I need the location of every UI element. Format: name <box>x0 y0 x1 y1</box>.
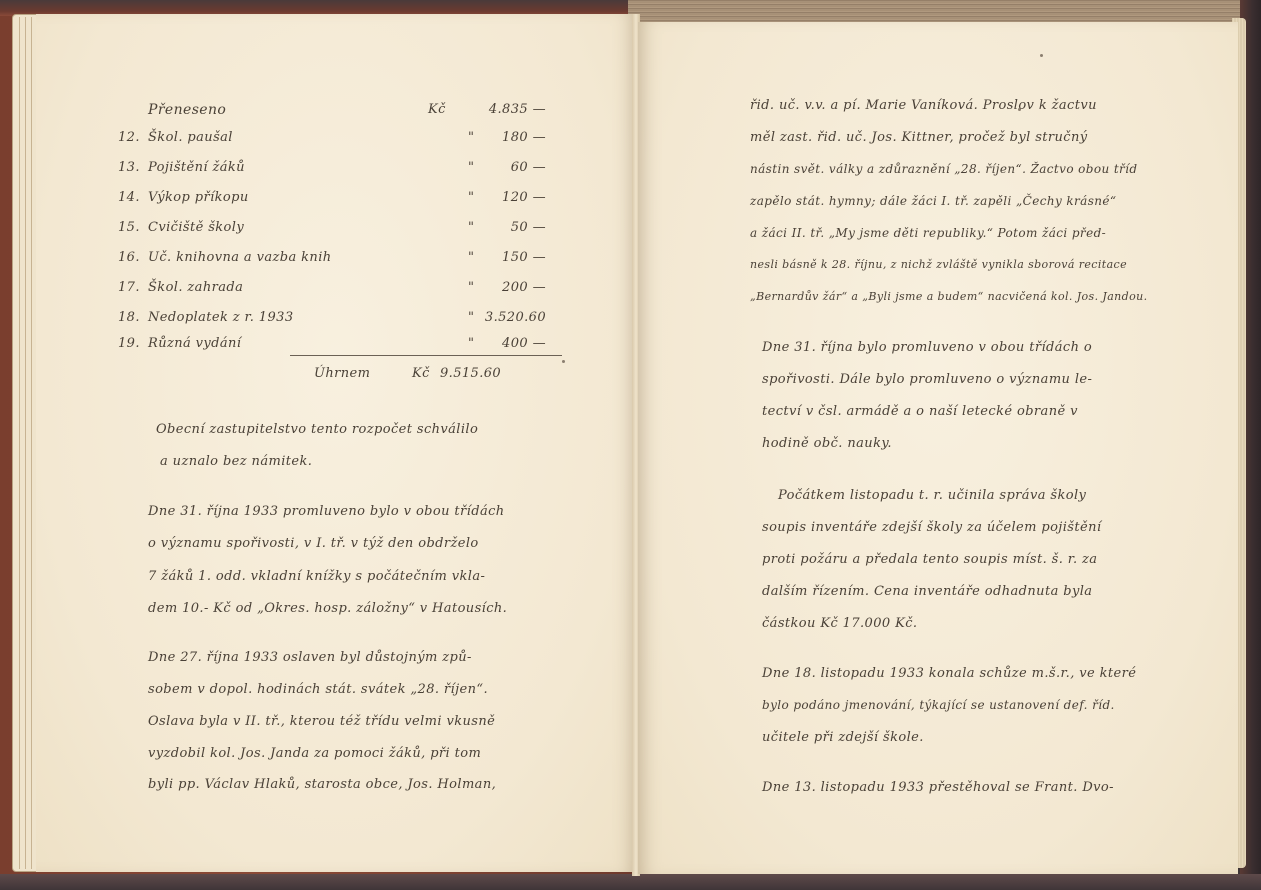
ledger-row-number: 18. <box>118 310 140 325</box>
ledger-row: 16. Uč. knihovna a vazba knih " 150 — <box>36 250 636 274</box>
left-page: Přeneseno Kč 4.835 — 12. Škol. paušal " … <box>36 14 636 872</box>
ledger-row-amount: 400 — <box>476 336 546 351</box>
ledger-row-ditto: " <box>468 250 474 265</box>
right-page-block-top-edge <box>628 0 1240 22</box>
paragraph-line: byli pp. Václav Hlaků, starosta obce, Jo… <box>148 777 496 792</box>
ledger-row-ditto: " <box>468 280 474 295</box>
ink-speck <box>1018 108 1021 111</box>
ledger-row-amount: 200 — <box>476 280 546 295</box>
ledger-row-label: Škol. paušal <box>148 130 233 145</box>
paragraph-line: Obecní zastupitelstvo tento rozpočet sch… <box>156 422 478 437</box>
ledger-row-ditto: " <box>468 190 474 205</box>
ledger-row-number: 13. <box>118 160 140 175</box>
table-surface <box>0 874 1261 890</box>
ledger-row-amount: 60 — <box>476 160 546 175</box>
ledger-row: 15. Cvičiště školy " 50 — <box>36 220 636 244</box>
ledger-row-ditto: " <box>468 220 474 235</box>
page-edge <box>31 17 32 869</box>
ledger-row: 17. Škol. zahrada " 200 — <box>36 280 636 304</box>
ledger-row-label: Uč. knihovna a vazba knih <box>148 250 332 265</box>
ledger-total-label: Úhrnem <box>314 366 370 381</box>
ink-speck <box>1040 54 1043 57</box>
paragraph-line: dem 10.- Kč od „Okres. hosp. záložny“ v … <box>148 601 507 616</box>
ledger-amount: 4.835 — <box>476 102 546 117</box>
paragraph-line: zapělo stát. hymny; dále žáci I. tř. zap… <box>750 194 1116 208</box>
ledger-row-number: 12. <box>118 130 140 145</box>
ledger-row: 18. Nedoplatek z r. 1933 " 3.520.60 <box>36 310 636 334</box>
paragraph-line: Dne 27. října 1933 oslaven byl důstojným… <box>148 650 472 665</box>
paragraph-line: Dne 13. listopadu 1933 přestěhoval se Fr… <box>762 780 1114 795</box>
paragraph-line: Oslava byla v II. tř., kterou též třídu … <box>148 714 495 729</box>
ledger-row-ditto: " <box>468 130 474 145</box>
ledger-total-currency: Kč <box>412 366 430 381</box>
ledger-row-amount: 3.520.60 <box>476 310 546 325</box>
ledger-row-label: Škol. zahrada <box>148 280 243 295</box>
ledger-row-amount: 180 — <box>476 130 546 145</box>
paragraph-line: měl zast. řid. uč. Jos. Kittner, pročež … <box>750 130 1088 145</box>
paragraph-line: spořivosti. Dále bylo promluveno o význa… <box>762 372 1092 387</box>
paragraph-line: dalším řízením. Cena inventáře odhadnuta… <box>762 584 1092 599</box>
paragraph-line: učitele při zdejší škole. <box>762 730 924 745</box>
right-page: řid. uč. v.v. a pí. Marie Vaníková. Pros… <box>638 22 1238 874</box>
ledger-row-amount: 150 — <box>476 250 546 265</box>
paragraph-line: částkou Kč 17.000 Kč. <box>762 616 917 631</box>
paragraph-line: vyzdobil kol. Jos. Janda za pomoci žáků,… <box>148 746 481 761</box>
page-edge <box>19 17 20 869</box>
paragraph-line: sobem v dopol. hodinách stát. svátek „28… <box>148 682 488 697</box>
paragraph-line: bylo podáno jmenování, týkající se ustan… <box>762 698 1115 712</box>
ledger-row: 19. Různá vydání " 400 — <box>36 336 636 360</box>
ledger-row-ditto: " <box>468 160 474 175</box>
ledger-total-amount: 9.515.60 <box>440 366 501 381</box>
ledger-row-number: 16. <box>118 250 140 265</box>
ledger-row-amount: 50 — <box>476 220 546 235</box>
ledger-row-number: 19. <box>118 336 140 351</box>
paragraph-line: Počátkem listopadu t. r. učinila správa … <box>778 488 1086 503</box>
ledger-row-number: 15. <box>118 220 140 235</box>
ink-speck <box>562 360 565 363</box>
paragraph-line: 7 žáků 1. odd. vkladní knížky s počátečn… <box>148 569 485 584</box>
ledger-row-label: Různá vydání <box>148 336 241 351</box>
paragraph-line: nástin svět. války a zdůraznění „28. říj… <box>750 162 1138 176</box>
paragraph-line: „Bernardův žár“ a „Byli jsme a budem“ na… <box>750 290 1148 303</box>
ledger-row-label: Výkop příkopu <box>148 190 249 205</box>
paragraph-line: Dne 31. října bylo promluveno v obou tří… <box>762 340 1092 355</box>
paragraph-line: a uznalo bez námitek. <box>160 454 312 469</box>
ledger-sum-rule <box>290 355 562 356</box>
ledger-row-number: 17. <box>118 280 140 295</box>
ledger-currency: Kč <box>428 102 446 117</box>
paragraph-line: tectví v čsl. armádě a o naší letecké ob… <box>762 404 1078 419</box>
ledger-carried-over-label: Přeneseno <box>148 102 226 118</box>
page-edge <box>25 17 26 869</box>
paragraph-line: Dne 31. října 1933 promluveno bylo v obo… <box>148 504 505 519</box>
paragraph-line: řid. uč. v.v. a pí. Marie Vaníková. Pros… <box>750 98 1097 113</box>
ledger-row-label: Nedoplatek z r. 1933 <box>148 310 294 325</box>
paragraph-line: Dne 18. listopadu 1933 konala schůze m.š… <box>762 666 1136 681</box>
ledger-row-ditto: " <box>468 310 474 325</box>
paragraph-line: proti požáru a předala tento soupis míst… <box>762 552 1097 567</box>
paragraph-line: soupis inventáře zdejší školy za účelem … <box>762 520 1101 535</box>
paragraph-line: a žáci II. tř. „My jsme děti republiky.“… <box>750 226 1106 240</box>
ledger-row: 12. Škol. paušal " 180 — <box>36 130 636 154</box>
paragraph-line: o významu spořivosti, v I. tř. v týž den… <box>148 536 479 551</box>
ledger-row: 14. Výkop příkopu " 120 — <box>36 190 636 214</box>
paragraph-line: nesli básně k 28. říjnu, z nichž zvláště… <box>750 258 1127 271</box>
ledger-row-number: 14. <box>118 190 140 205</box>
paragraph-line: hodině obč. nauky. <box>762 436 892 451</box>
ledger-carried-over: Přeneseno Kč 4.835 — <box>36 102 636 126</box>
ledger-row-label: Pojištění žáků <box>148 160 245 175</box>
ledger-row-label: Cvičiště školy <box>148 220 244 235</box>
ledger-row-ditto: " <box>468 336 474 351</box>
ledger-row-amount: 120 — <box>476 190 546 205</box>
ledger-total: Úhrnem Kč 9.515.60 <box>36 366 636 390</box>
ledger-row: 13. Pojištění žáků " 60 — <box>36 160 636 184</box>
